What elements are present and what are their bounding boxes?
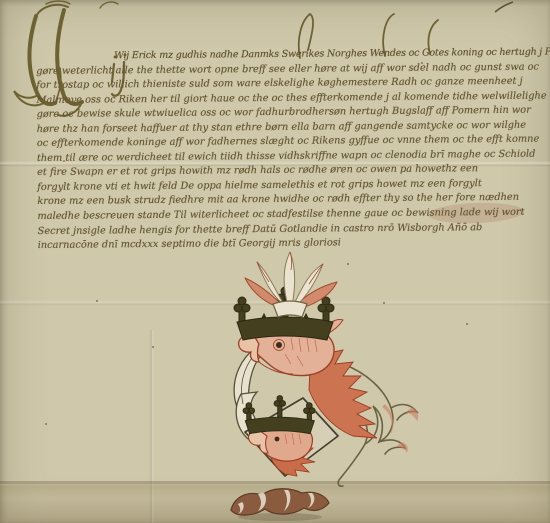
heraldic-crest xyxy=(195,246,425,488)
ink-speck xyxy=(96,300,98,302)
diagonal-pen-stroke xyxy=(494,1,514,14)
charter-text-block: Wij Erick mz gudhis nadhe Danmks Swerike… xyxy=(36,46,543,254)
ink-speck xyxy=(45,423,47,425)
shield-griffin-eye xyxy=(275,437,280,442)
ink-speck xyxy=(152,346,154,348)
parchment-charter-photo: Wij Erick mz gudhis nadhe Danmks Swerike… xyxy=(0,0,550,523)
seal-tag xyxy=(228,484,332,522)
acanthus-red-tint xyxy=(382,404,418,453)
ink-speck xyxy=(466,323,468,325)
plume-cup xyxy=(273,301,307,317)
seal-tag-strip xyxy=(231,489,329,515)
griffin-eye xyxy=(276,342,282,348)
